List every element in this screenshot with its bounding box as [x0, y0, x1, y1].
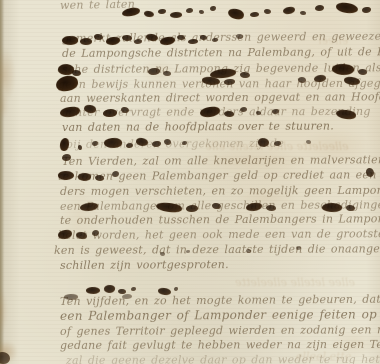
ink-blot	[177, 35, 185, 40]
ink-blot	[121, 107, 129, 113]
ink-blot	[227, 8, 244, 21]
ink-blot	[112, 171, 119, 177]
handwritten-line: te komen geen Palembanger geld op credie…	[58, 168, 380, 183]
ink-blot	[186, 205, 198, 212]
ink-blot	[62, 154, 71, 161]
ink-blot	[296, 246, 301, 250]
paper-stain	[0, 286, 8, 336]
ink-blot	[256, 111, 261, 115]
ink-blot	[95, 175, 104, 181]
handwritten-line: van daten na de hoofdplaats over te stuu…	[62, 120, 334, 134]
ink-blot	[144, 11, 154, 18]
handwritten-line: of genes Territoir gepleegd wierden en z…	[60, 323, 380, 338]
ink-blot	[164, 139, 171, 145]
ink-blot	[199, 10, 204, 14]
ink-blot	[163, 71, 171, 76]
ink-blot	[212, 203, 221, 209]
handwritten-line: gedane fait gevlugt te hebben weder na z…	[60, 338, 380, 352]
ink-blot	[86, 287, 100, 295]
handwritten-line: belet worden, het geen ook mede een van …	[58, 227, 380, 242]
handwritten-line: een Palembanger of Lamponder eenige feit…	[60, 308, 380, 323]
ink-blot	[186, 8, 193, 13]
ink-blot	[126, 143, 133, 148]
ink-blot	[283, 6, 296, 14]
ink-blot	[174, 287, 178, 291]
ink-blot	[104, 285, 116, 294]
ink-blot	[182, 141, 187, 145]
ink-blot	[160, 36, 176, 46]
ink-blot	[160, 252, 165, 256]
handwritten-line: aan weerskanten direct worden opgevat en…	[60, 90, 380, 105]
ink-blot	[264, 9, 271, 14]
manuscript-page: elleelette ellee letelle elleelleelellee…	[0, 0, 380, 364]
ink-blot	[366, 168, 374, 177]
ink-blot	[200, 35, 207, 40]
ink-blot	[315, 5, 324, 11]
ink-blot	[240, 107, 247, 112]
ink-blot	[78, 145, 82, 150]
ink-blot	[134, 39, 142, 44]
handwritten-line: te onderhouden tusschen de Palembangers …	[60, 212, 380, 227]
handwritten-line: zal die geene dezelve daar op dan weder …	[66, 353, 380, 364]
handwritten-line: bij den anderen overgekomen zijnde	[66, 137, 284, 151]
ink-blot	[92, 230, 99, 236]
ink-blot	[306, 140, 311, 144]
ink-blot	[250, 12, 259, 17]
bleed-through-line: ellee letelle elleelette	[235, 276, 355, 289]
ink-blot	[240, 72, 250, 78]
ink-blot	[158, 9, 166, 14]
ink-blot	[131, 287, 136, 291]
ink-blot	[246, 249, 251, 253]
ink-blot	[103, 109, 117, 117]
handwritten-line: ders mogen verschieten, en zo mogelijk g…	[60, 184, 380, 198]
ink-blot	[94, 34, 103, 40]
ink-blot	[336, 2, 359, 14]
handwritten-line: Ten vijfden, en zo het mogte komen te ge…	[60, 292, 380, 308]
ink-blot	[122, 294, 132, 299]
ink-blot	[362, 7, 371, 13]
ink-blot	[266, 205, 276, 211]
handwritten-line: Ten Vierden, zal om alle knevelarijen en…	[62, 153, 380, 168]
ink-blot	[224, 111, 234, 117]
ink-blot	[300, 11, 306, 15]
ink-blot	[72, 70, 81, 76]
ink-blot	[346, 205, 355, 211]
handwritten-line: de Lampongsche districten na Palembang, …	[62, 45, 380, 60]
ink-blot	[122, 35, 132, 41]
ink-blot	[170, 11, 182, 18]
ink-blot	[298, 77, 306, 83]
handwritten-line: schillen zijn voortgesproten.	[60, 258, 229, 272]
ink-blot	[188, 39, 198, 44]
ink-blot	[236, 34, 243, 39]
ink-blot	[210, 6, 216, 11]
ink-blot	[358, 69, 367, 75]
handwritten-line: ken is geweest, dat in deze laatste tijd…	[54, 242, 380, 257]
